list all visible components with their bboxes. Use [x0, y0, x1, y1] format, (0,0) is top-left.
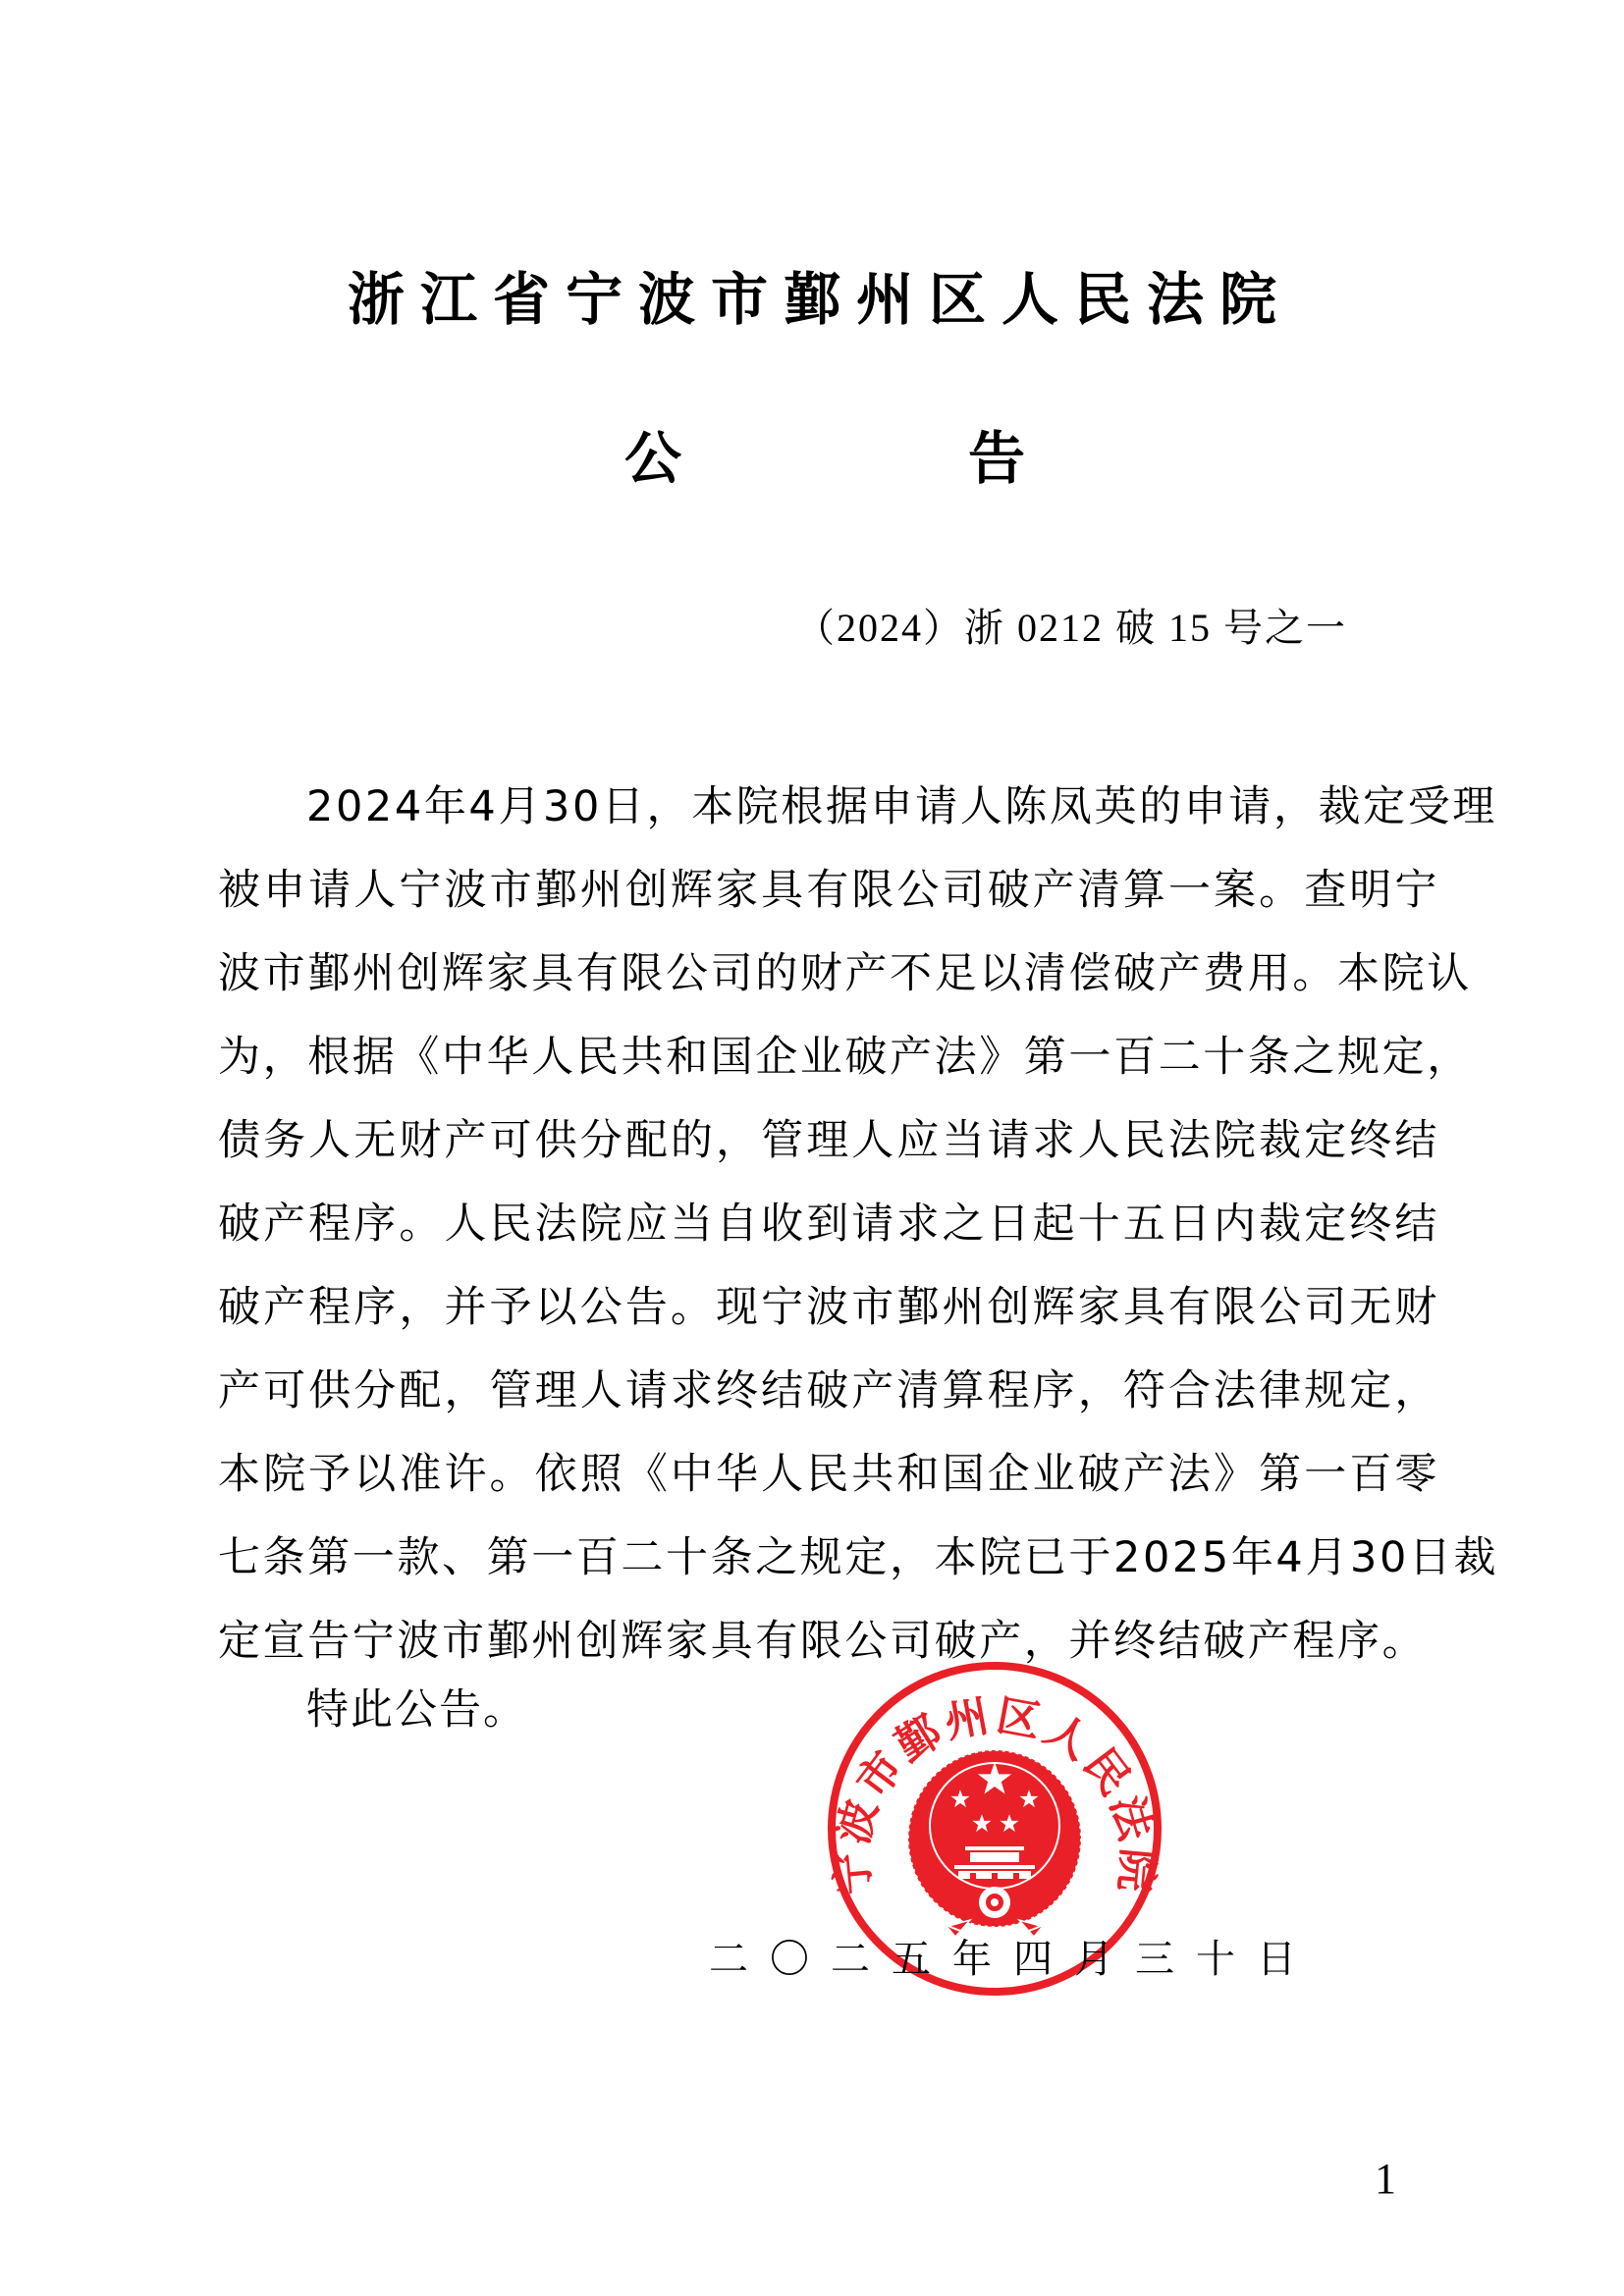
body-line: 为，根据《中华人民共和国企业破产法》第一百二十条之规定，: [218, 1016, 1439, 1099]
case-number: （2024）浙 0212 破 15 号之一: [795, 601, 1347, 656]
body-line: 2024年4月30日，本院根据申请人陈凤英的申请，裁定受理: [218, 766, 1439, 849]
closing-statement: 特此公告。: [306, 1681, 527, 1739]
body-line: 本院予以准许。依照《中华人民共和国企业破产法》第一百零: [218, 1433, 1439, 1517]
document-type-heading: 公 告: [0, 424, 1624, 503]
body-line: 被申请人宁波市鄞州创辉家具有限公司破产清算一案。查明宁: [218, 849, 1439, 933]
document-type-char-2: 告: [968, 424, 1025, 493]
announcement-body: 2024年4月30日，本院根据申请人陈凤英的申请，裁定受理 被申请人宁波市鄞州创…: [218, 766, 1439, 1683]
document-page: 浙江省宁波市鄞州区人民法院 公 告 （2024）浙 0212 破 15 号之一 …: [0, 0, 1624, 2296]
body-line: 七条第一款、第一百二十条之规定，本院已于2025年4月30日裁: [218, 1517, 1439, 1600]
body-line: 破产程序。人民法院应当自收到请求之日起十五日内裁定终结: [218, 1183, 1439, 1266]
document-type-char-1: 公: [624, 424, 681, 493]
body-line: 产可供分配，管理人请求终结破产清算程序，符合法律规定，: [218, 1350, 1439, 1433]
body-line: 破产程序，并予以公告。现宁波市鄞州创辉家具有限公司无财: [218, 1266, 1439, 1350]
court-name-heading: 浙江省宁波市鄞州区人民法院: [0, 265, 1624, 334]
body-line: 波市鄞州创辉家具有限公司的财产不足以清偿破产费用。本院认: [218, 933, 1439, 1016]
court-seal-icon: 宁波市鄞州区人民法院: [823, 1657, 1166, 2001]
body-line: 债务人无财产可供分配的，管理人应当请求人民法院裁定终结: [218, 1099, 1439, 1183]
page-number: 1: [1375, 2152, 1396, 2207]
